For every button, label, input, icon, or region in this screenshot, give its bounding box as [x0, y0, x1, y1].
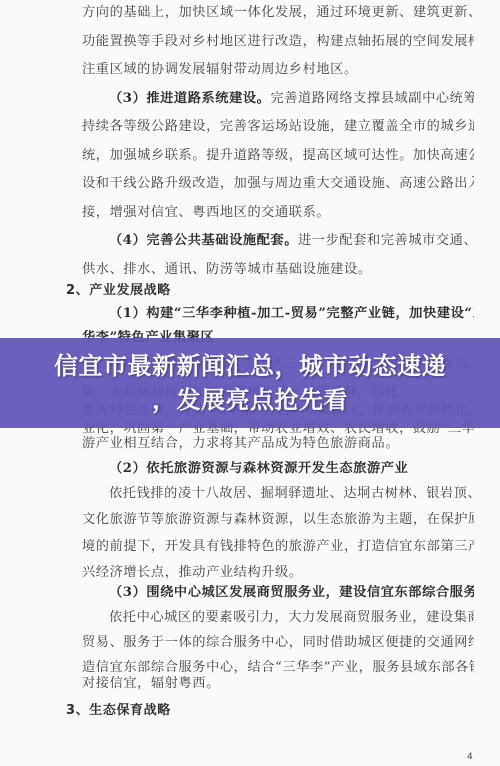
body-text-line: 贸易、服务于一体的综合服务中心，同时借助城区便捷的交通网络，打 [82, 635, 474, 651]
section-heading-industry: 2、产业发展战略 [66, 283, 458, 299]
body-text-line: 供水、排水、通讯、防涝等城市基础设施建设。 [82, 262, 474, 278]
subsection-paragraph-infrastructure: （4）完善公共基础设施配套。进一步配套和完善城市交通、供电、 [82, 233, 474, 249]
subsection-heading-tourism: （2）依托旅游资源与森林资源开发生态旅游产业 [82, 461, 474, 477]
body-text-line: 文化旅游节等旅游资源与森林资源，以生态旅游为主题，在保护原生环 [82, 512, 474, 528]
body-text-line: 持续各等级公路建设，完善客运场站设施，建立覆盖全市的城乡道路系 [82, 119, 474, 135]
body-text-line: 依托中心城区的要素吸引力，大力发展商贸服务业，建设集商业、 [82, 610, 474, 626]
headline-banner[interactable]: 信宜市最新新闻汇总，城市动态速递 ，发展亮点抢先看 [0, 338, 500, 428]
subsection-heading-sanhuali: （1）构建“三华李种植-加工-贸易”完整产业链，加快建设“三 [82, 306, 474, 322]
section-heading-ecology: 3、生态保育战略 [66, 703, 458, 719]
subsection-paragraph-road: （3）推进道路系统建设。完善道路网络支撑县域副中心统筹发展。 [82, 91, 474, 107]
body-text-line: 功能置换等手段对乡村地区进行改造，构建点轴拓展的空间发展格局， [82, 34, 474, 50]
body-text-line: 接，增强对信宜、粤西地区的交通联系。 [82, 205, 474, 221]
body-text-line: 游产业相互结合，力求将其产品成为特色旅游商品。 [82, 436, 474, 452]
body-text-line: 兴经济增长点，推动产业结构升级。 [82, 565, 474, 581]
body-text-line: 境的前提下，开发具有钱排特色的旅游产业，打造信宜东部第三产业新 [82, 539, 474, 555]
body-text-line: 对接信宜，辐射粤西。 [82, 676, 474, 692]
subsection-heading-commerce: （3）围绕中心城区发展商贸服务业，建设信宜东部综合服务中心 [82, 585, 474, 601]
body-text-line: 统，加强城乡联系。提升道路等级，提高区域可达性。加快高速公路建 [82, 148, 474, 164]
headline-title-line2: ，发展亮点抢先看 [152, 383, 348, 417]
body-text: 进一步配套和完善城市交通、供电、 [298, 233, 474, 248]
body-text-line: 设和干线公路升级改造，加强与周边重大交通设施、高速公路出入口衔 [82, 176, 474, 192]
subsection-lead-road: （3）推进道路系统建设。 [109, 91, 270, 106]
subsection-lead-infrastructure: （4）完善公共基础设施配套。 [109, 233, 298, 248]
page-number: 4 [467, 752, 473, 762]
body-text-line: 方向的基础上，加快区域一体化发展，通过环境更新、建筑更新、用地 [82, 5, 474, 21]
body-text-line: 注重区域的协调发展辐射带动周边乡村地区。 [82, 62, 474, 78]
body-text-line: 依托钱排的凌十八故居、掘垌驿遗址、达垌古树林、银岩顶、李花 [82, 486, 474, 502]
headline-title-line1: 信宜市最新新闻汇总，城市动态速递 [54, 349, 446, 383]
body-text: 完善道路网络支撑县域副中心统筹发展。 [270, 91, 474, 106]
body-text-line: 造信宜东部综合服务中心，结合“三华李”产业，服务县域东部各镇， [82, 660, 474, 676]
